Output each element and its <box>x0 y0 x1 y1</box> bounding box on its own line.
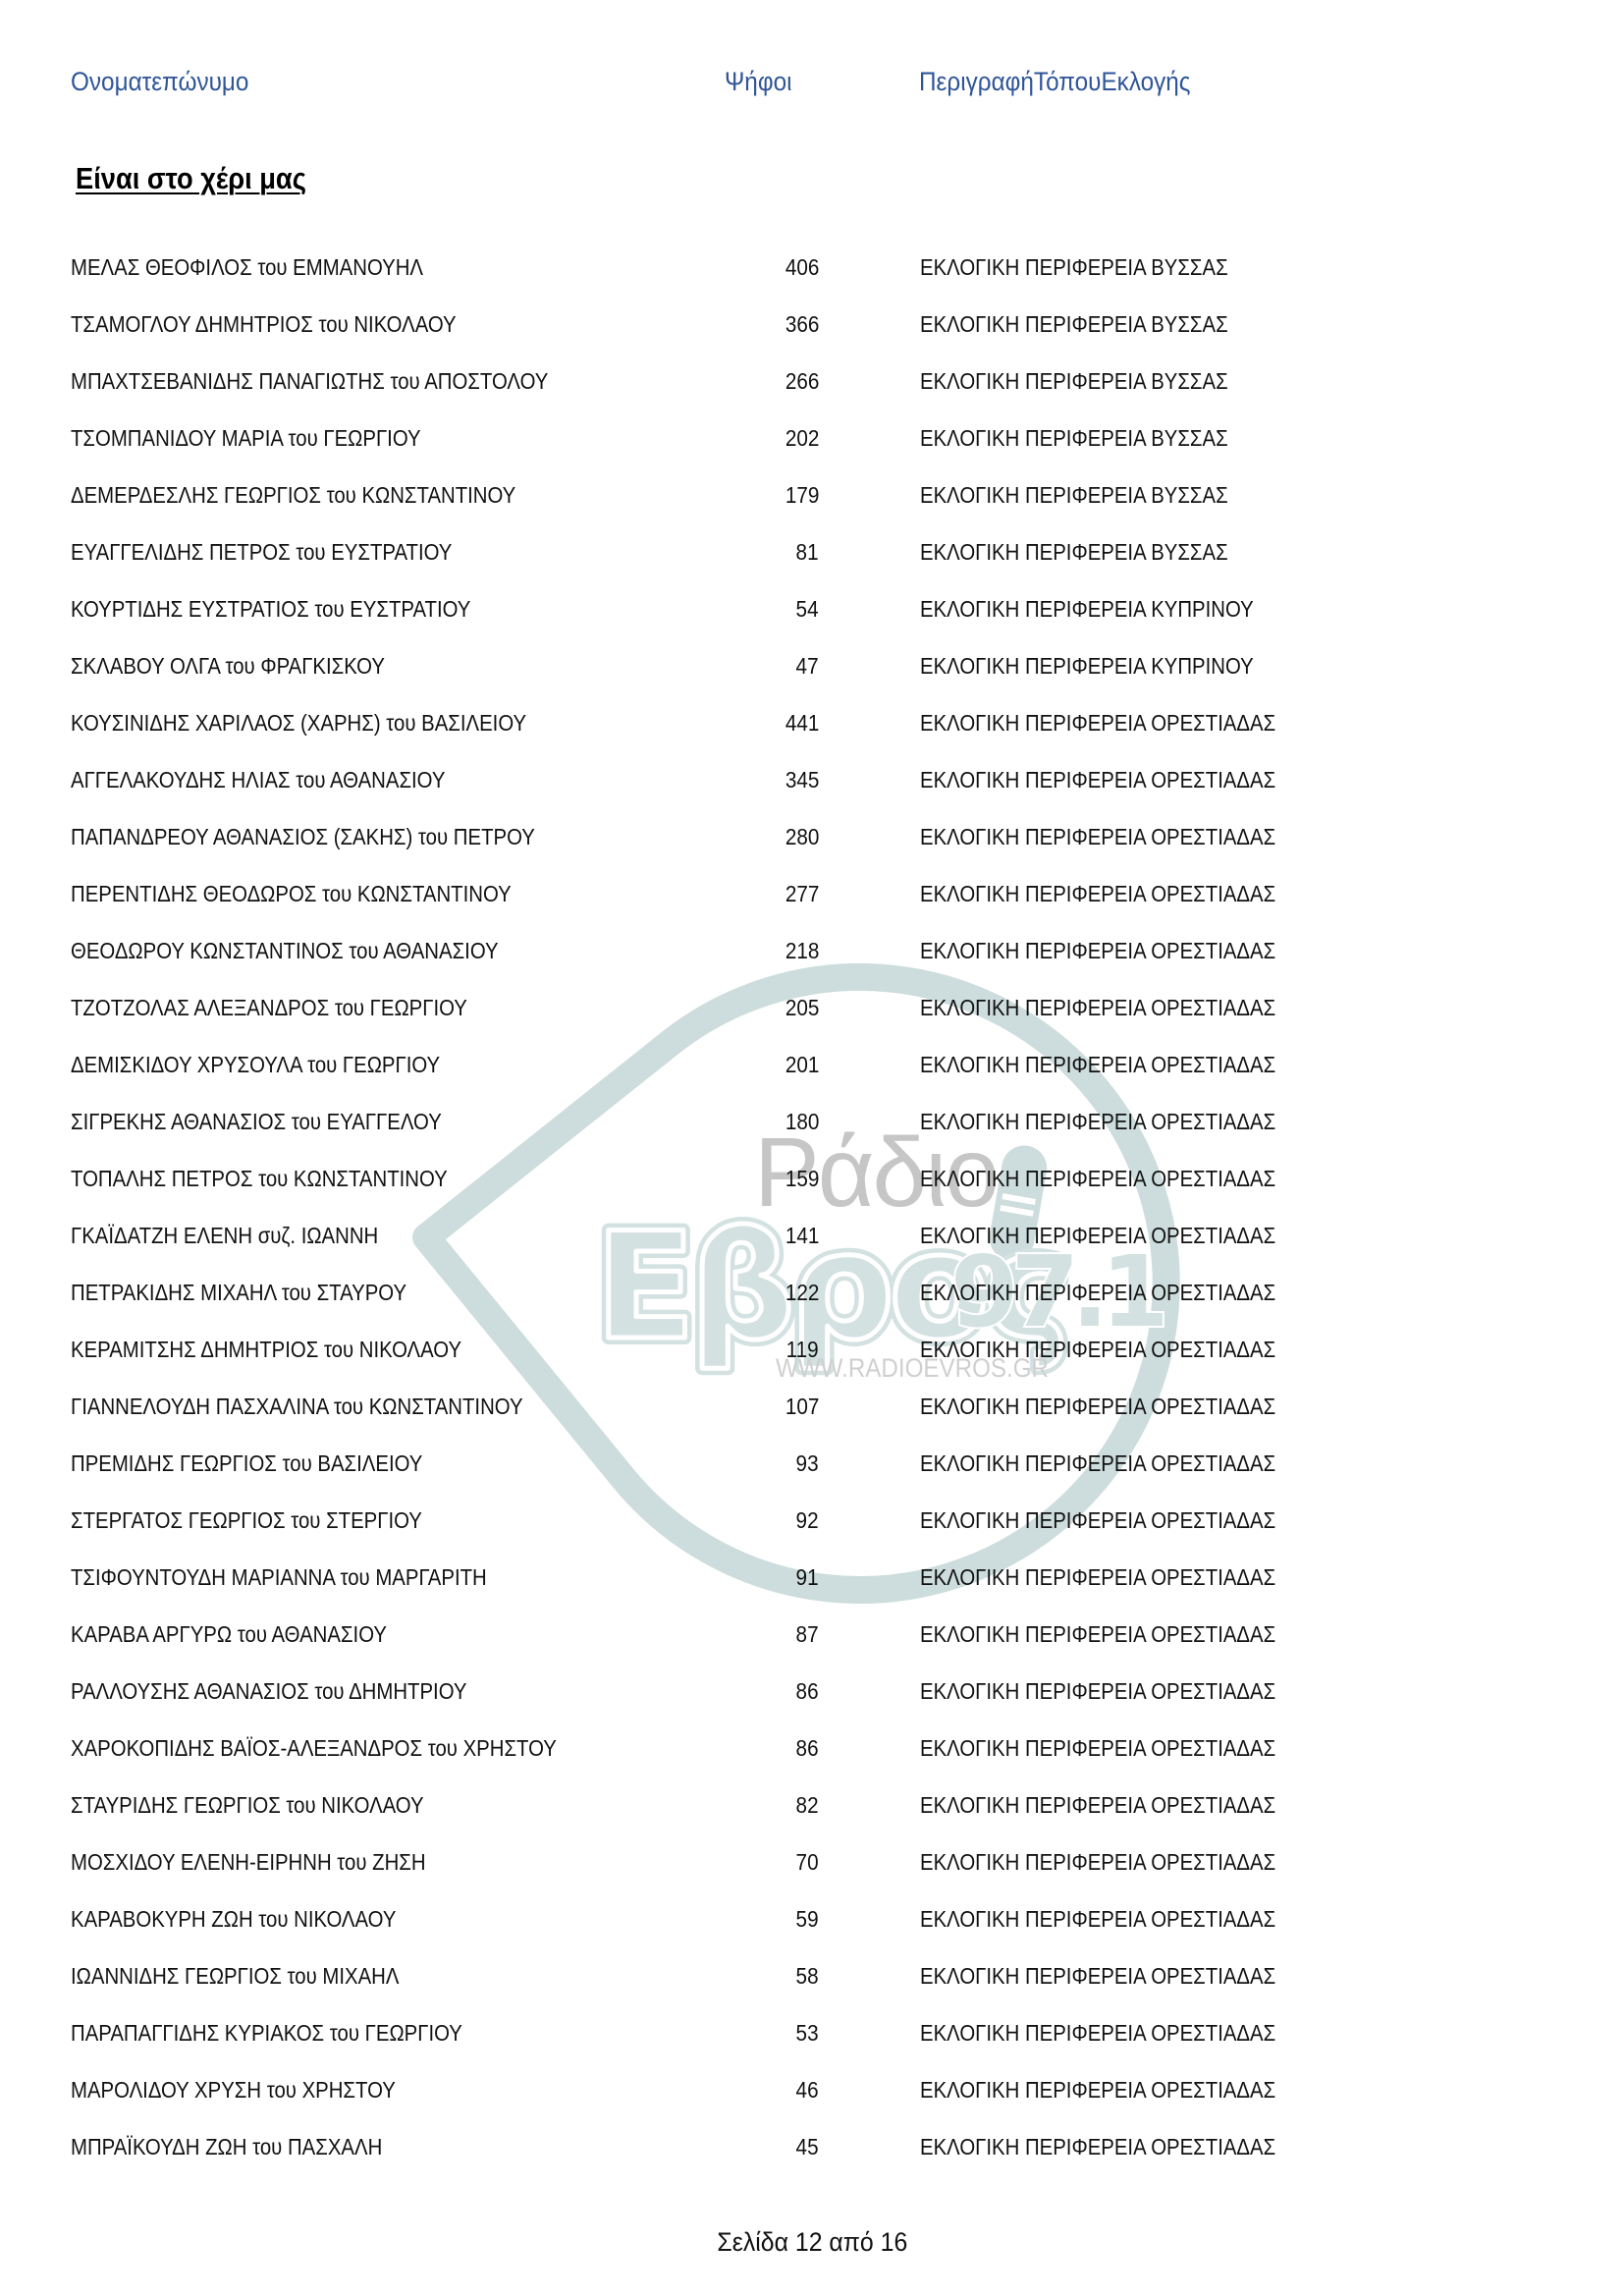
election-district: ΕΚΛΟΓΙΚΗ ΠΕΡΙΦΕΡΕΙΑ ΟΡΕΣΤΙΑΔΑΣ <box>920 1048 1275 1081</box>
candidate-votes: 406 <box>785 250 819 284</box>
candidate-name: ΧΑΡΟΚΟΠΙΔΗΣ ΒΑΪΟΣ-ΑΛΕΞΑΝΔΡΟΣ του ΧΡΗΣΤΟΥ <box>71 1731 557 1765</box>
table-row: ΣΤΕΡΓΑΤΟΣ ΓΕΩΡΓΙΟΣ του ΣΤΕΡΓΙΟΥ92ΕΚΛΟΓΙΚ… <box>0 1503 1624 1537</box>
election-district: ΕΚΛΟΓΙΚΗ ΠΕΡΙΦΕΡΕΙΑ ΟΡΕΣΤΙΑΔΑΣ <box>920 2016 1275 2050</box>
candidate-name: ΜΠΡΑΪΚΟΥΔΗ ΖΩΗ του ΠΑΣΧΑΛΗ <box>71 2130 382 2163</box>
candidate-name: ΜΕΛΑΣ ΘΕΟΦΙΛΟΣ του ΕΜΜΑΝΟΥΗΛ <box>71 250 423 284</box>
table-row: ΤΣΟΜΠΑΝΙΔΟΥ ΜΑΡΙΑ του ΓΕΩΡΓΙΟΥ202ΕΚΛΟΓΙΚ… <box>0 421 1624 455</box>
election-district: ΕΚΛΟΓΙΚΗ ΠΕΡΙΦΕΡΕΙΑ ΟΡΕΣΤΙΑΔΑΣ <box>920 1788 1275 1822</box>
document-page: Ράδιο Εβρος Εβρος 97.1 WWW.RADIOEVROS.GR… <box>0 0 1624 2296</box>
candidate-name: ΠΑΡΑΠΑΓΓΙΔΗΣ ΚΥΡΙΑΚΟΣ του ΓΕΩΡΓΙΟΥ <box>71 2016 462 2050</box>
column-header-place: ΠεριγραφήΤόπουΕκλογής <box>919 65 1190 98</box>
candidate-votes: 81 <box>796 535 819 569</box>
election-district: ΕΚΛΟΓΙΚΗ ΠΕΡΙΦΕΡΕΙΑ ΟΡΕΣΤΙΑΔΑΣ <box>920 1731 1275 1765</box>
page-number: Σελίδα 12 από 16 <box>717 2225 907 2259</box>
candidate-votes: 93 <box>796 1447 819 1480</box>
table-row: ΣΙΓΡΕΚΗΣ ΑΘΑΝΑΣΙΟΣ του ΕΥΑΓΓΕΛΟΥ180ΕΚΛΟΓ… <box>0 1105 1624 1138</box>
table-row: ΠΡΕΜΙΔΗΣ ΓΕΩΡΓΙΟΣ του ΒΑΣΙΛΕΙΟΥ93ΕΚΛΟΓΙΚ… <box>0 1447 1624 1480</box>
candidate-votes: 205 <box>785 991 819 1024</box>
candidate-votes: 141 <box>785 1219 819 1252</box>
candidate-name: ΠΡΕΜΙΔΗΣ ΓΕΩΡΓΙΟΣ του ΒΑΣΙΛΕΙΟΥ <box>71 1447 422 1480</box>
table-row: ΚΟΥΡΤΙΔΗΣ ΕΥΣΤΡΑΤΙΟΣ του ΕΥΣΤΡΑΤΙΟΥ54ΕΚΛ… <box>0 592 1624 626</box>
table-row: ΠΕΤΡΑΚΙΔΗΣ ΜΙΧΑΗΛ του ΣΤΑΥΡΟΥ122ΕΚΛΟΓΙΚΗ… <box>0 1276 1624 1309</box>
election-district: ΕΚΛΟΓΙΚΗ ΠΕΡΙΦΕΡΕΙΑ ΟΡΕΣΤΙΑΔΑΣ <box>920 991 1275 1024</box>
election-district: ΕΚΛΟΓΙΚΗ ΠΕΡΙΦΕΡΕΙΑ ΟΡΕΣΤΙΑΔΑΣ <box>920 877 1275 910</box>
candidate-votes: 46 <box>796 2073 819 2106</box>
candidate-votes: 107 <box>785 1390 819 1423</box>
table-row: ΙΩΑΝΝΙΔΗΣ ΓΕΩΡΓΙΟΣ του ΜΙΧΑΗΛ58ΕΚΛΟΓΙΚΗ … <box>0 1959 1624 1993</box>
table-row: ΜΕΛΑΣ ΘΕΟΦΙΛΟΣ του ΕΜΜΑΝΟΥΗΛ406ΕΚΛΟΓΙΚΗ … <box>0 250 1624 284</box>
election-district: ΕΚΛΟΓΙΚΗ ΠΕΡΙΦΕΡΕΙΑ ΟΡΕΣΤΙΑΔΑΣ <box>920 820 1275 853</box>
candidate-name: ΤΣΟΜΠΑΝΙΔΟΥ ΜΑΡΙΑ του ΓΕΩΡΓΙΟΥ <box>71 421 421 455</box>
election-district: ΕΚΛΟΓΙΚΗ ΠΕΡΙΦΕΡΕΙΑ ΟΡΕΣΤΙΑΔΑΣ <box>920 1845 1275 1879</box>
column-header-name: Ονοματεπώνυμο <box>71 65 248 98</box>
election-district: ΕΚΛΟΓΙΚΗ ΠΕΡΙΦΕΡΕΙΑ ΒΥΣΣΑΣ <box>920 421 1228 455</box>
candidate-name: ΤΣΙΦΟΥΝΤΟΥΔΗ ΜΑΡΙΑΝΝΑ του ΜΑΡΓΑΡΙΤΗ <box>71 1560 487 1594</box>
candidate-votes: 202 <box>785 421 819 455</box>
candidate-name: ΙΩΑΝΝΙΔΗΣ ΓΕΩΡΓΙΟΣ του ΜΙΧΑΗΛ <box>71 1959 399 1993</box>
candidate-votes: 53 <box>796 2016 819 2050</box>
table-row: ΧΑΡΟΚΟΠΙΔΗΣ ΒΑΪΟΣ-ΑΛΕΞΑΝΔΡΟΣ του ΧΡΗΣΤΟΥ… <box>0 1731 1624 1765</box>
election-district: ΕΚΛΟΓΙΚΗ ΠΕΡΙΦΕΡΕΙΑ ΟΡΕΣΤΙΑΔΑΣ <box>920 2130 1275 2163</box>
election-district: ΕΚΛΟΓΙΚΗ ΠΕΡΙΦΕΡΕΙΑ ΒΥΣΣΑΣ <box>920 478 1228 512</box>
candidate-votes: 179 <box>785 478 819 512</box>
table-row: ΤΣΙΦΟΥΝΤΟΥΔΗ ΜΑΡΙΑΝΝΑ του ΜΑΡΓΑΡΙΤΗ91ΕΚΛ… <box>0 1560 1624 1594</box>
table-row: ΚΑΡΑΒΑ ΑΡΓΥΡΩ του ΑΘΑΝΑΣΙΟΥ87ΕΚΛΟΓΙΚΗ ΠΕ… <box>0 1617 1624 1651</box>
candidate-name: ΓΚΑΪΔΑΤΖΗ ΕΛΕΝΗ συζ. ΙΩΑΝΝΗ <box>71 1219 378 1252</box>
election-district: ΕΚΛΟΓΙΚΗ ΠΕΡΙΦΕΡΕΙΑ ΟΡΕΣΤΙΑΔΑΣ <box>920 1390 1275 1423</box>
candidate-votes: 87 <box>796 1617 819 1651</box>
election-district: ΕΚΛΟΓΙΚΗ ΠΕΡΙΦΕΡΕΙΑ ΚΥΠΡΙΝΟΥ <box>920 592 1254 626</box>
election-district: ΕΚΛΟΓΙΚΗ ΠΕΡΙΦΕΡΕΙΑ ΟΡΕΣΤΙΑΔΑΣ <box>920 1276 1275 1309</box>
candidate-votes: 59 <box>796 1902 819 1936</box>
election-district: ΕΚΛΟΓΙΚΗ ΠΕΡΙΦΕΡΕΙΑ ΟΡΕΣΤΙΑΔΑΣ <box>920 1959 1275 1993</box>
table-row: ΠΑΠΑΝΔΡΕΟΥ ΑΘΑΝΑΣΙΟΣ (ΣΑΚΗΣ) του ΠΕΤΡΟΥ2… <box>0 820 1624 853</box>
candidate-votes: 201 <box>785 1048 819 1081</box>
candidate-name: ΚΟΥΡΤΙΔΗΣ ΕΥΣΤΡΑΤΙΟΣ του ΕΥΣΤΡΑΤΙΟΥ <box>71 592 470 626</box>
candidate-name: ΚΑΡΑΒΑ ΑΡΓΥΡΩ του ΑΘΑΝΑΣΙΟΥ <box>71 1617 387 1651</box>
candidate-name: ΤΣΑΜΟΓΛΟΥ ΔΗΜΗΤΡΙΟΣ του ΝΙΚΟΛΑΟΥ <box>71 307 457 341</box>
election-district: ΕΚΛΟΓΙΚΗ ΠΕΡΙΦΕΡΕΙΑ ΟΡΕΣΤΙΑΔΑΣ <box>920 1162 1275 1195</box>
table-row: ΤΖΟΤΖΟΛΑΣ ΑΛΕΞΑΝΔΡΟΣ του ΓΕΩΡΓΙΟΥ205ΕΚΛΟ… <box>0 991 1624 1024</box>
table-row: ΜΑΡΟΛΙΔΟΥ ΧΡΥΣΗ του ΧΡΗΣΤΟΥ46ΕΚΛΟΓΙΚΗ ΠΕ… <box>0 2073 1624 2106</box>
election-district: ΕΚΛΟΓΙΚΗ ΠΕΡΙΦΕΡΕΙΑ ΟΡΕΣΤΙΑΔΑΣ <box>920 1560 1275 1594</box>
candidate-votes: 45 <box>796 2130 819 2163</box>
candidate-votes: 218 <box>785 934 819 967</box>
table-row: ΜΠΡΑΪΚΟΥΔΗ ΖΩΗ του ΠΑΣΧΑΛΗ45ΕΚΛΟΓΙΚΗ ΠΕΡ… <box>0 2130 1624 2163</box>
candidate-name: ΣΚΛΑΒΟΥ ΟΛΓΑ του ΦΡΑΓΚΙΣΚΟΥ <box>71 649 385 683</box>
table-row: ΤΟΠΑΛΗΣ ΠΕΤΡΟΣ του ΚΩΝΣΤΑΝΤΙΝΟΥ159ΕΚΛΟΓΙ… <box>0 1162 1624 1195</box>
candidate-votes: 82 <box>796 1788 819 1822</box>
table-row: ΕΥΑΓΓΕΛΙΔΗΣ ΠΕΤΡΟΣ του ΕΥΣΤΡΑΤΙΟΥ81ΕΚΛΟΓ… <box>0 535 1624 569</box>
election-district: ΕΚΛΟΓΙΚΗ ΠΕΡΙΦΕΡΕΙΑ ΟΡΕΣΤΙΑΔΑΣ <box>920 934 1275 967</box>
table-row: ΡΑΛΛΟΥΣΗΣ ΑΘΑΝΑΣΙΟΣ του ΔΗΜΗΤΡΙΟΥ86ΕΚΛΟΓ… <box>0 1674 1624 1708</box>
candidate-votes: 441 <box>785 706 819 739</box>
candidate-votes: 119 <box>786 1333 819 1366</box>
candidate-votes: 159 <box>785 1162 819 1195</box>
candidate-votes: 58 <box>796 1959 819 1993</box>
table-row: ΓΙΑΝΝΕΛΟΥΔΗ ΠΑΣΧΑΛΙΝΑ του ΚΩΝΣΤΑΝΤΙΝΟΥ10… <box>0 1390 1624 1423</box>
table-row: ΤΣΑΜΟΓΛΟΥ ΔΗΜΗΤΡΙΟΣ του ΝΙΚΟΛΑΟΥ366ΕΚΛΟΓ… <box>0 307 1624 341</box>
table-row: ΚΑΡΑΒΟΚΥΡΗ ΖΩΗ του ΝΙΚΟΛΑΟΥ59ΕΚΛΟΓΙΚΗ ΠΕ… <box>0 1902 1624 1936</box>
candidate-votes: 86 <box>796 1674 819 1708</box>
election-district: ΕΚΛΟΓΙΚΗ ΠΕΡΙΦΕΡΕΙΑ ΟΡΕΣΤΙΑΔΑΣ <box>920 1105 1275 1138</box>
candidate-name: ΣΤΑΥΡΙΔΗΣ ΓΕΩΡΓΙΟΣ του ΝΙΚΟΛΑΟΥ <box>71 1788 424 1822</box>
candidate-votes: 86 <box>796 1731 819 1765</box>
candidate-name: ΜΑΡΟΛΙΔΟΥ ΧΡΥΣΗ του ΧΡΗΣΤΟΥ <box>71 2073 396 2106</box>
table-row: ΘΕΟΔΩΡΟΥ ΚΩΝΣΤΑΝΤΙΝΟΣ του ΑΘΑΝΑΣΙΟΥ218ΕΚ… <box>0 934 1624 967</box>
election-district: ΕΚΛΟΓΙΚΗ ΠΕΡΙΦΕΡΕΙΑ ΟΡΕΣΤΙΑΔΑΣ <box>920 1617 1275 1651</box>
candidate-name: ΕΥΑΓΓΕΛΙΔΗΣ ΠΕΤΡΟΣ του ΕΥΣΤΡΑΤΙΟΥ <box>71 535 452 569</box>
election-district: ΕΚΛΟΓΙΚΗ ΠΕΡΙΦΕΡΕΙΑ ΟΡΕΣΤΙΑΔΑΣ <box>920 2073 1275 2106</box>
candidate-name: ΠΕΤΡΑΚΙΔΗΣ ΜΙΧΑΗΛ του ΣΤΑΥΡΟΥ <box>71 1276 406 1309</box>
table-row: ΜΟΣΧΙΔΟΥ ΕΛΕΝΗ-ΕΙΡΗΝΗ του ΖΗΣΗ70ΕΚΛΟΓΙΚΗ… <box>0 1845 1624 1879</box>
candidate-name: ΤΟΠΑΛΗΣ ΠΕΤΡΟΣ του ΚΩΝΣΤΑΝΤΙΝΟΥ <box>71 1162 448 1195</box>
candidate-name: ΡΑΛΛΟΥΣΗΣ ΑΘΑΝΑΣΙΟΣ του ΔΗΜΗΤΡΙΟΥ <box>71 1674 466 1708</box>
table-row: ΔΕΜΙΣΚΙΔΟΥ ΧΡΥΣΟΥΛΑ του ΓΕΩΡΓΙΟΥ201ΕΚΛΟΓ… <box>0 1048 1624 1081</box>
section-title: Είναι στο χέρι μας <box>76 160 306 197</box>
election-district: ΕΚΛΟΓΙΚΗ ΠΕΡΙΦΕΡΕΙΑ ΚΥΠΡΙΝΟΥ <box>920 649 1254 683</box>
election-district: ΕΚΛΟΓΙΚΗ ΠΕΡΙΦΕΡΕΙΑ ΟΡΕΣΤΙΑΔΑΣ <box>920 1902 1275 1936</box>
election-district: ΕΚΛΟΓΙΚΗ ΠΕΡΙΦΕΡΕΙΑ ΒΥΣΣΑΣ <box>920 307 1228 341</box>
candidate-votes: 91 <box>796 1560 819 1594</box>
election-district: ΕΚΛΟΓΙΚΗ ΠΕΡΙΦΕΡΕΙΑ ΒΥΣΣΑΣ <box>920 535 1228 569</box>
document-content: Ονοματεπώνυμο Ψήφοι ΠεριγραφήΤόπουΕκλογή… <box>0 0 1624 2296</box>
candidate-name: ΜΟΣΧΙΔΟΥ ΕΛΕΝΗ-ΕΙΡΗΝΗ του ΖΗΣΗ <box>71 1845 426 1879</box>
table-row: ΚΟΥΣΙΝΙΔΗΣ ΧΑΡΙΛΑΟΣ (ΧΑΡΗΣ) του ΒΑΣΙΛΕΙΟ… <box>0 706 1624 739</box>
candidate-name: ΠΑΠΑΝΔΡΕΟΥ ΑΘΑΝΑΣΙΟΣ (ΣΑΚΗΣ) του ΠΕΤΡΟΥ <box>71 820 535 853</box>
candidate-votes: 366 <box>785 307 819 341</box>
election-district: ΕΚΛΟΓΙΚΗ ΠΕΡΙΦΕΡΕΙΑ ΟΡΕΣΤΙΑΔΑΣ <box>920 1333 1275 1366</box>
election-district: ΕΚΛΟΓΙΚΗ ΠΕΡΙΦΕΡΕΙΑ ΟΡΕΣΤΙΑΔΑΣ <box>920 763 1275 796</box>
candidate-votes: 266 <box>785 364 819 398</box>
candidate-name: ΠΕΡΕΝΤΙΔΗΣ ΘΕΟΔΩΡΟΣ του ΚΩΝΣΤΑΝΤΙΝΟΥ <box>71 877 512 910</box>
candidate-name: ΓΙΑΝΝΕΛΟΥΔΗ ΠΑΣΧΑΛΙΝΑ του ΚΩΝΣΤΑΝΤΙΝΟΥ <box>71 1390 523 1423</box>
candidate-name: ΘΕΟΔΩΡΟΥ ΚΩΝΣΤΑΝΤΙΝΟΣ του ΑΘΑΝΑΣΙΟΥ <box>71 934 499 967</box>
page-footer: Σελίδα 12 από 16 <box>0 2225 1624 2259</box>
table-row: ΠΕΡΕΝΤΙΔΗΣ ΘΕΟΔΩΡΟΣ του ΚΩΝΣΤΑΝΤΙΝΟΥ277Ε… <box>0 877 1624 910</box>
candidate-votes: 280 <box>785 820 819 853</box>
election-district: ΕΚΛΟΓΙΚΗ ΠΕΡΙΦΕΡΕΙΑ ΟΡΕΣΤΙΑΔΑΣ <box>920 706 1275 739</box>
candidate-name: ΚΑΡΑΒΟΚΥΡΗ ΖΩΗ του ΝΙΚΟΛΑΟΥ <box>71 1902 396 1936</box>
candidate-votes: 47 <box>796 649 819 683</box>
candidate-votes: 345 <box>785 763 819 796</box>
candidate-votes: 92 <box>796 1503 819 1537</box>
candidate-name: ΑΓΓΕΛΑΚΟΥΔΗΣ ΗΛΙΑΣ του ΑΘΑΝΑΣΙΟΥ <box>71 763 445 796</box>
table-row: ΜΠΑΧΤΣΕΒΑΝΙΔΗΣ ΠΑΝΑΓΙΩΤΗΣ του ΑΠΟΣΤΟΛΟΥ2… <box>0 364 1624 398</box>
candidate-votes: 54 <box>796 592 819 626</box>
table-row: ΣΤΑΥΡΙΔΗΣ ΓΕΩΡΓΙΟΣ του ΝΙΚΟΛΑΟΥ82ΕΚΛΟΓΙΚ… <box>0 1788 1624 1822</box>
candidate-name: ΔΕΜΕΡΔΕΣΛΗΣ ΓΕΩΡΓΙΟΣ του ΚΩΝΣΤΑΝΤΙΝΟΥ <box>71 478 515 512</box>
table-row: ΔΕΜΕΡΔΕΣΛΗΣ ΓΕΩΡΓΙΟΣ του ΚΩΝΣΤΑΝΤΙΝΟΥ179… <box>0 478 1624 512</box>
table-row: ΣΚΛΑΒΟΥ ΟΛΓΑ του ΦΡΑΓΚΙΣΚΟΥ47ΕΚΛΟΓΙΚΗ ΠΕ… <box>0 649 1624 683</box>
table-row: ΓΚΑΪΔΑΤΖΗ ΕΛΕΝΗ συζ. ΙΩΑΝΝΗ141ΕΚΛΟΓΙΚΗ Π… <box>0 1219 1624 1252</box>
election-district: ΕΚΛΟΓΙΚΗ ΠΕΡΙΦΕΡΕΙΑ ΟΡΕΣΤΙΑΔΑΣ <box>920 1219 1275 1252</box>
table-row: ΑΓΓΕΛΑΚΟΥΔΗΣ ΗΛΙΑΣ του ΑΘΑΝΑΣΙΟΥ345ΕΚΛΟΓ… <box>0 763 1624 796</box>
election-district: ΕΚΛΟΓΙΚΗ ΠΕΡΙΦΕΡΕΙΑ ΟΡΕΣΤΙΑΔΑΣ <box>920 1447 1275 1480</box>
candidate-name: ΣΤΕΡΓΑΤΟΣ ΓΕΩΡΓΙΟΣ του ΣΤΕΡΓΙΟΥ <box>71 1503 422 1537</box>
candidate-votes: 122 <box>785 1276 819 1309</box>
election-district: ΕΚΛΟΓΙΚΗ ΠΕΡΙΦΕΡΕΙΑ ΟΡΕΣΤΙΑΔΑΣ <box>920 1674 1275 1708</box>
candidate-name: ΚΟΥΣΙΝΙΔΗΣ ΧΑΡΙΛΑΟΣ (ΧΑΡΗΣ) του ΒΑΣΙΛΕΙΟ… <box>71 706 526 739</box>
candidate-votes: 180 <box>785 1105 819 1138</box>
candidate-name: ΤΖΟΤΖΟΛΑΣ ΑΛΕΞΑΝΔΡΟΣ του ΓΕΩΡΓΙΟΥ <box>71 991 467 1024</box>
election-district: ΕΚΛΟΓΙΚΗ ΠΕΡΙΦΕΡΕΙΑ ΟΡΕΣΤΙΑΔΑΣ <box>920 1503 1275 1537</box>
table-row: ΚΕΡΑΜΙΤΣΗΣ ΔΗΜΗΤΡΙΟΣ του ΝΙΚΟΛΑΟΥ119ΕΚΛΟ… <box>0 1333 1624 1366</box>
candidate-name: ΜΠΑΧΤΣΕΒΑΝΙΔΗΣ ΠΑΝΑΓΙΩΤΗΣ του ΑΠΟΣΤΟΛΟΥ <box>71 364 548 398</box>
candidate-name: ΚΕΡΑΜΙΤΣΗΣ ΔΗΜΗΤΡΙΟΣ του ΝΙΚΟΛΑΟΥ <box>71 1333 461 1366</box>
election-district: ΕΚΛΟΓΙΚΗ ΠΕΡΙΦΕΡΕΙΑ ΒΥΣΣΑΣ <box>920 250 1228 284</box>
election-district: ΕΚΛΟΓΙΚΗ ΠΕΡΙΦΕΡΕΙΑ ΒΥΣΣΑΣ <box>920 364 1228 398</box>
candidate-name: ΔΕΜΙΣΚΙΔΟΥ ΧΡΥΣΟΥΛΑ του ΓΕΩΡΓΙΟΥ <box>71 1048 440 1081</box>
column-header-votes: Ψήφοι <box>725 65 791 98</box>
candidate-votes: 277 <box>785 877 819 910</box>
candidate-votes: 70 <box>796 1845 819 1879</box>
candidate-name: ΣΙΓΡΕΚΗΣ ΑΘΑΝΑΣΙΟΣ του ΕΥΑΓΓΕΛΟΥ <box>71 1105 442 1138</box>
table-row: ΠΑΡΑΠΑΓΓΙΔΗΣ ΚΥΡΙΑΚΟΣ του ΓΕΩΡΓΙΟΥ53ΕΚΛΟ… <box>0 2016 1624 2050</box>
